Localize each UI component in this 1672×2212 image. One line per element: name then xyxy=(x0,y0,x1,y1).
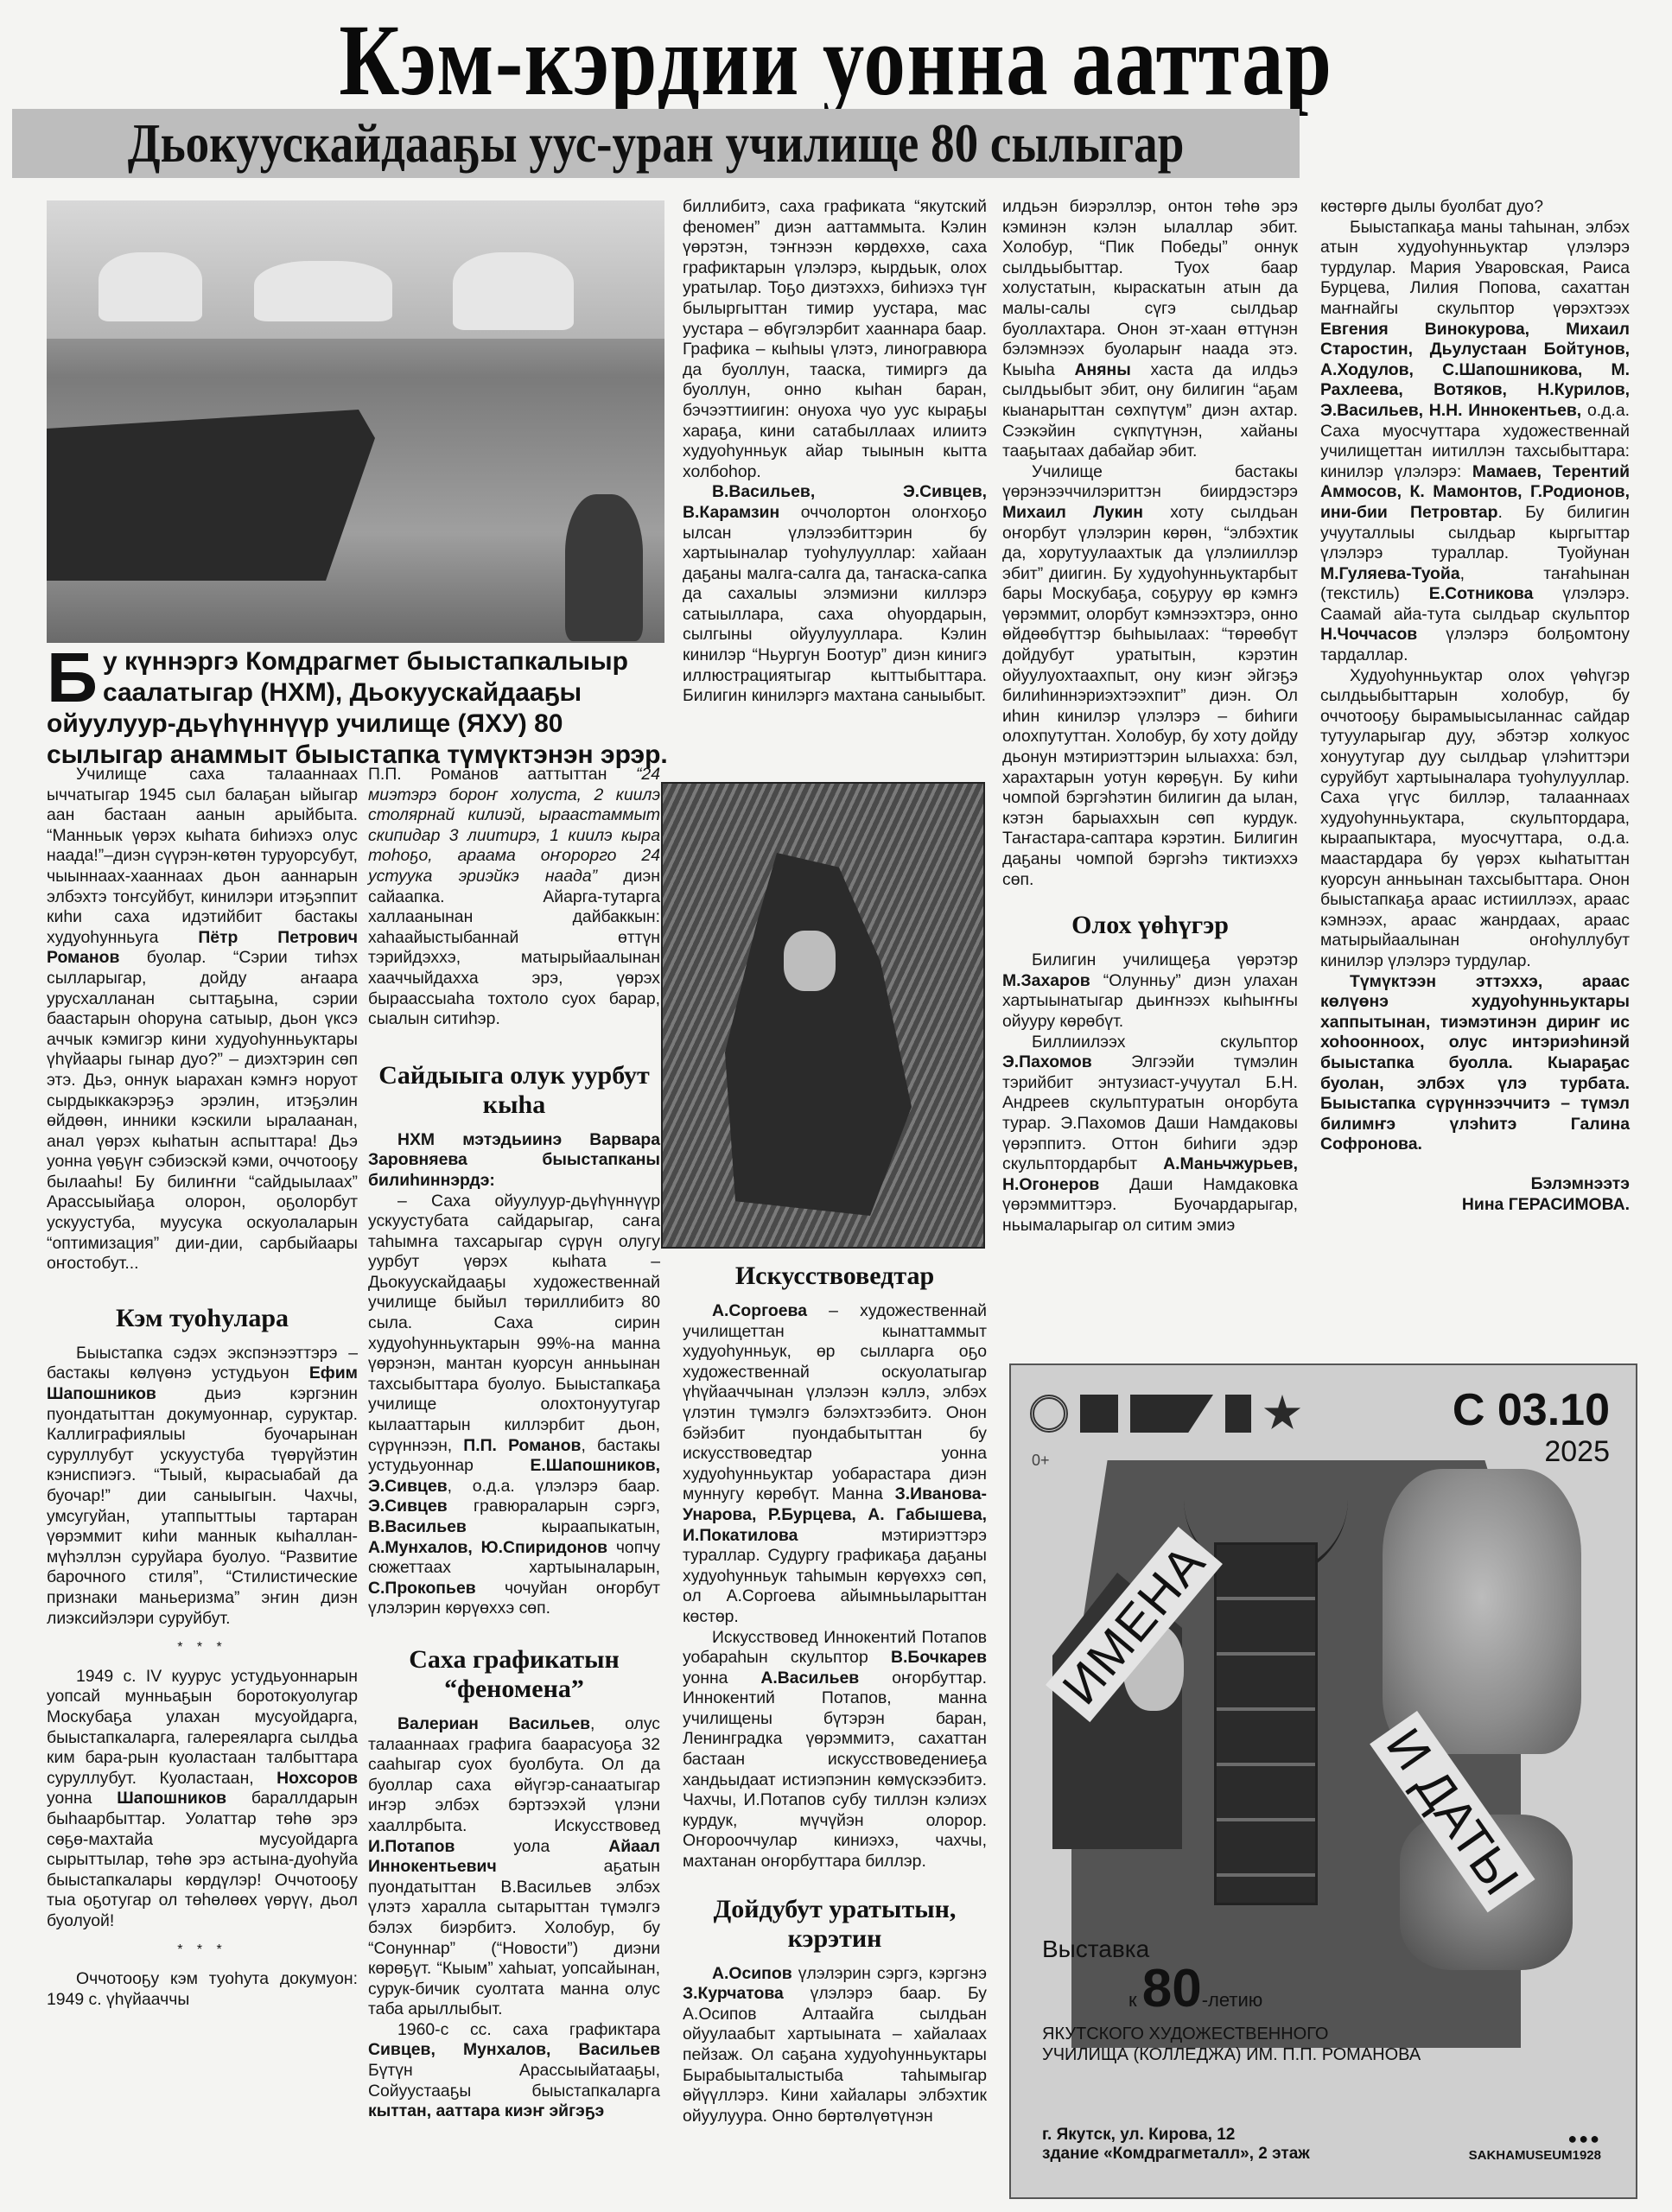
section-heading: Искусствоведтар xyxy=(683,1262,987,1291)
paragraph: Училище бастакы үөрэнээччилэриттэн биирд… xyxy=(1002,462,1298,890)
author-name: Нина ГЕРАСИМОВА. xyxy=(1320,1195,1630,1216)
paragraph: Быыстапкаҕа маны таһынан, элбэх атын худ… xyxy=(1320,218,1630,666)
paragraph: 1949 с. IV куурус устудьуоннарын уопсай … xyxy=(47,1667,358,1932)
age-rating: 0+ xyxy=(1032,1452,1050,1470)
section-heading: Олох үөһүгэр xyxy=(1002,911,1298,940)
paragraph: 1960-с сс. саха графиктара Сивцев, Мунха… xyxy=(368,2020,660,2122)
article-column-3-bottom: Искусствоведтар А.Соргоева – художествен… xyxy=(683,1262,987,2126)
paragraph: А.Соргоева – художественнай училищеттан … xyxy=(683,1301,987,1628)
paragraph: Валериан Васильев, олус талааннаах графи… xyxy=(368,1714,660,2020)
social-handle: SAKHAMUSEUM1928 xyxy=(1469,2147,1601,2164)
drop-cap: Б xyxy=(47,648,98,709)
poster-social: ●●● SAKHAMUSEUM1928 xyxy=(1469,2130,1601,2164)
ministry-logo-icon xyxy=(1080,1395,1118,1433)
iceberg-shape xyxy=(453,252,574,330)
article-column-2: П.П. Романов ааттыттан “24 миэтэрэ бороҥ… xyxy=(368,765,660,2122)
face-shape xyxy=(784,931,836,991)
exhibition-poster: 0+ С 03.10 2025 ИМЕНА И ДАТЫ Выставка к … xyxy=(1009,1363,1637,2199)
paragraph: Искусствовед Иннокентий Потапов уобараһы… xyxy=(683,1628,987,1872)
paragraph: А.Осипов үлэлэрин сэргэ, кэргэнэ З.Курча… xyxy=(683,1964,987,2127)
paragraph: Билигин училищеҕа үөрэтэр М.Захаров “Олу… xyxy=(1002,950,1298,1032)
paragraph: Худуоһунньуктар олох үөһүгэр сылдьыбытта… xyxy=(1320,666,1630,972)
social-media-icons: ●●● xyxy=(1469,2130,1601,2147)
paragraph: илдьэн биэрэллэр, онтон төһө эрэ кэминэн… xyxy=(1002,197,1298,462)
ship-icon xyxy=(47,391,375,581)
poster-exhibition-text: Выставка к 80-летию ЯКУТСКОГО ХУДОЖЕСТВЕ… xyxy=(1042,1935,1440,2065)
section-heading: Кэм туоһулара xyxy=(47,1304,358,1333)
article-column-4: илдьэн биэрэллэр, онтон төһө эрэ кэминэн… xyxy=(1002,197,1298,1236)
poster-logos xyxy=(1030,1395,1301,1433)
painting-ship-in-arctic-image xyxy=(47,200,664,643)
separator-stars: * * * xyxy=(47,1940,358,1961)
poster-date: С 03.10 2025 xyxy=(1453,1386,1610,1469)
section-heading: Дойдубут уратытын, кэрэтин xyxy=(683,1895,987,1954)
portrait-photo-man xyxy=(1383,1469,1581,1754)
page-title: Кэм-кэрдии уонна ааттар xyxy=(150,9,1522,112)
page-subtitle: Дьокуускайдааҕы уус-уран училище 80 сылы… xyxy=(102,109,1209,178)
article-column-5: көстөргө дылы буолбат дуо? Быыстапкаҕа м… xyxy=(1320,197,1630,1215)
serge-post-ornament-icon xyxy=(1214,1542,1318,1905)
article-column-1: Училище саха талааннаах ыччатыгар 1945 с… xyxy=(47,765,358,2010)
paragraph: көстөргө дылы буолбат дуо? xyxy=(1320,197,1630,218)
paragraph: Оччотооҕу кэм туоһута докумуон: 1949 с. … xyxy=(47,1969,358,2010)
paragraph: Биллиилээх скульптор Э.Пахомов Элгээйи т… xyxy=(1002,1033,1298,1236)
paragraph: биллибитэ, саха графиката “якутский фено… xyxy=(683,197,987,482)
linocut-soldier-reading-image xyxy=(661,782,985,1249)
paragraph: П.П. Романов ааттыттан “24 миэтэрэ бороҥ… xyxy=(368,765,660,1030)
iceberg-shape xyxy=(254,261,392,321)
article-column-3-top: биллибитэ, саха графиката “якутский фено… xyxy=(683,197,987,707)
section-heading: Саха графикатын “феномена” xyxy=(368,1645,660,1704)
star-2025-logo-icon xyxy=(1263,1395,1301,1433)
separator-stars: * * * xyxy=(47,1637,358,1658)
paragraph: НХМ мэтэдьиинэ Варвара Заровняева быыста… xyxy=(368,1130,660,1192)
museum-logo-icon xyxy=(1030,1395,1068,1433)
section-heading: Сайдыыга олук уурбут кыһа xyxy=(368,1061,660,1120)
paragraph: В.Васильев, Э.Сивцев, В.Карамзин оччолор… xyxy=(683,482,987,707)
paragraph: – Саха ойуулуур-дьүһүннүүр ускуустубата … xyxy=(368,1192,660,1619)
sculpture-logo-icon xyxy=(1225,1395,1251,1433)
person-figure xyxy=(565,494,643,641)
paragraph: Быыстапка сэдэх экспэнээттэрэ – бастакы … xyxy=(47,1344,358,1629)
poster-address: г. Якутск, ул. Кирова, 12 здание «Комдра… xyxy=(1042,2126,1310,2164)
author-credit-label: Бэлэмнээтэ xyxy=(1320,1174,1630,1195)
paragraph: Училище саха талааннаах ыччатыгар 1945 с… xyxy=(47,765,358,1274)
iceberg-shape xyxy=(99,252,202,321)
paragraph: Түмүктээн эттэххэ, араас көлүөнэ худуоһу… xyxy=(1320,972,1630,1155)
college-logo-icon xyxy=(1130,1395,1213,1433)
lead-paragraph: Бу күннэргэ Комдрагмет быыстапкалыыр саа… xyxy=(47,646,673,771)
